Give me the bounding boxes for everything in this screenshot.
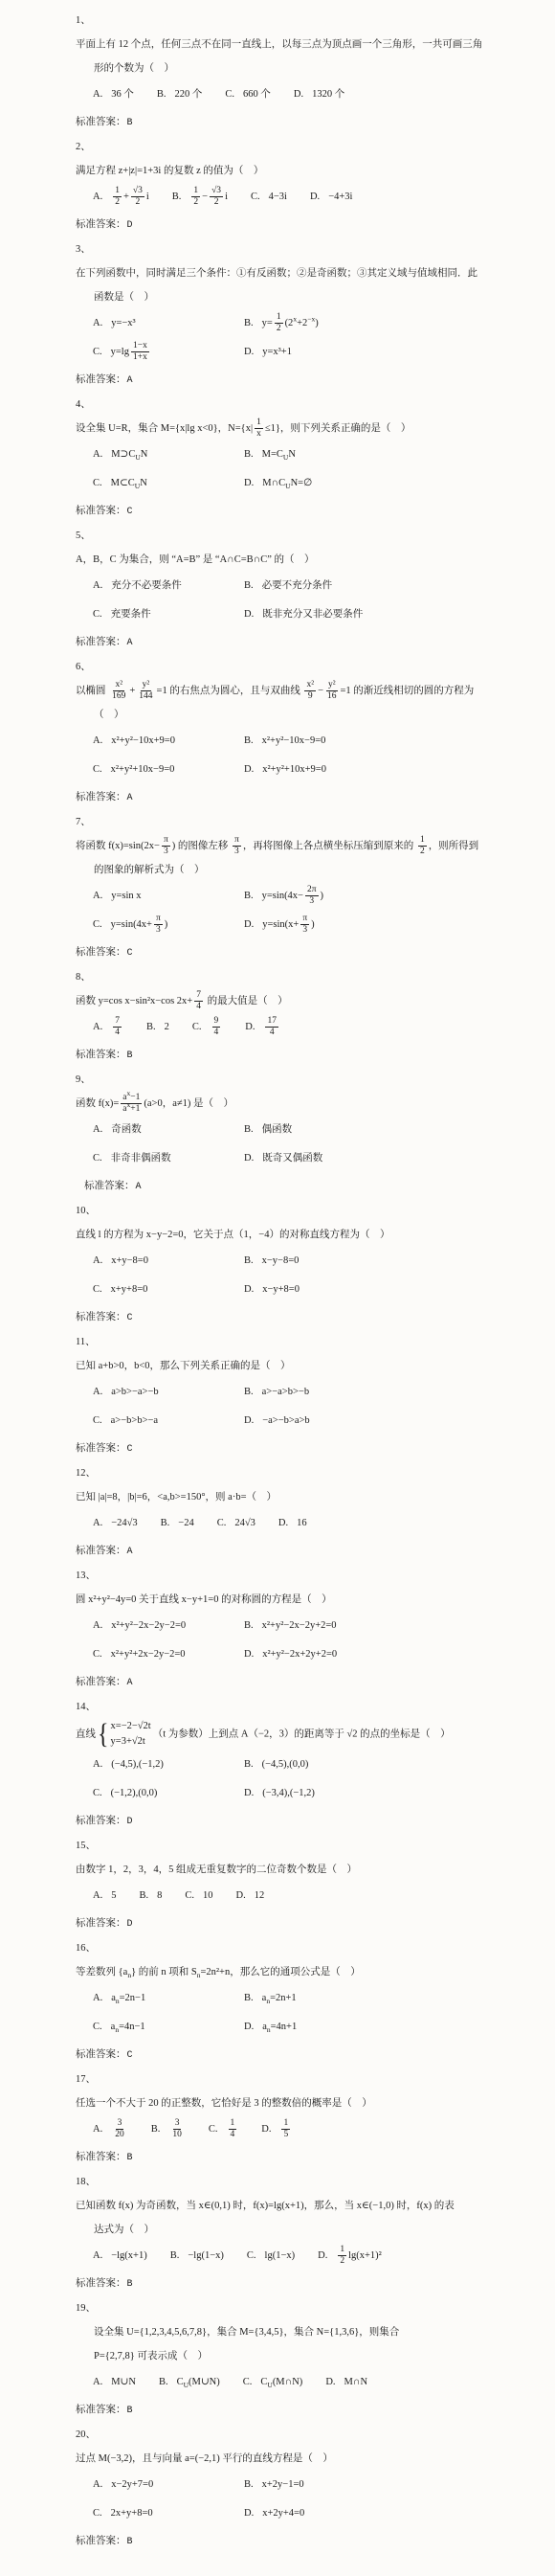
option-label: D.: [236, 1890, 246, 1901]
answer-line: 标准答案：A: [76, 787, 545, 809]
option-item: B.偶函数: [244, 1119, 545, 1141]
option-value: (−4,5),(0,0): [262, 1759, 309, 1770]
fraction: π3: [154, 914, 163, 936]
question-block: 3、在下列函数中，同时满足三个条件：①有反函数；②是奇函数；③其定义域与值域相同…: [76, 240, 545, 392]
option-label: A.: [93, 1387, 102, 1397]
option-item: B.x+2y−1=0: [244, 2474, 545, 2496]
option-label: C.: [93, 764, 102, 775]
option-label: A.: [93, 1890, 102, 1901]
option-label: B.: [244, 1387, 254, 1397]
question-text-line: P={2,7,8} 可表示成（ ）: [76, 2344, 545, 2368]
answer-line: 标准答案：A: [76, 1672, 545, 1694]
question-text-line: 设全集 U={1,2,3,4,5,6,7,8}，集合 M={3,4,5}，集合 …: [76, 2320, 545, 2344]
cases-bracket: {x=−2−√2ty=3+√2t: [98, 1719, 151, 1751]
option-item: D.12lg(x+1)²: [318, 2245, 382, 2267]
question-text-line: 圆 x²+y²−4y=0 关于直线 x−y+1=0 的对称圆的方程是（ ）: [76, 1588, 545, 1612]
options-group: A.36 个B.220 个C.660 个D.1320 个: [76, 83, 545, 105]
option-label: D.: [325, 2377, 335, 2387]
question-text-line: （ ）: [76, 703, 545, 727]
option-label: B.: [244, 2479, 254, 2490]
options-group: A.an=2n−1B.an=2n+1C.an=4n−1D.an=4n+1: [76, 1987, 545, 2038]
option-label: B.: [244, 318, 254, 328]
option-label: A.: [93, 449, 102, 460]
fraction: 1x: [255, 418, 263, 440]
question-text-line: 的图象的解析式为（ ）: [76, 858, 545, 882]
option-value: 220 个: [174, 89, 202, 100]
answer-value: D: [126, 1919, 133, 1930]
option-value: M∪N: [111, 2377, 136, 2387]
question-block: 5、A，B，C 为集合，则 “A=B” 是 “A∩C=B∩C” 的（ ）A.充分…: [76, 527, 545, 654]
option-item: B.−lg(1−x): [170, 2245, 224, 2267]
option-item: A.(−4,5),(−1,2): [93, 1753, 244, 1775]
option-label: C.: [93, 1284, 102, 1295]
option-item: D.174: [245, 1016, 280, 1038]
answer-value: A: [135, 1182, 142, 1192]
question-number: 2、: [76, 138, 545, 157]
question-text-line: 形的个数为（ ）: [76, 56, 545, 80]
option-value: a>b>−a>−b: [111, 1387, 158, 1397]
option-item: B.必要不充分条件: [244, 575, 545, 597]
answer-prefix: 标准答案：: [76, 947, 126, 958]
option-value: M=CUN: [262, 449, 296, 460]
answer-line: 标准答案：A: [76, 1541, 545, 1563]
option-value: x²+y²−2x−2y+2=0: [262, 1620, 337, 1631]
option-item: D.(−3,4),(−1,2): [244, 1782, 545, 1804]
option-item: A.a>b>−a>−b: [93, 1381, 244, 1403]
question-number: 3、: [76, 240, 545, 260]
option-value: 奇函数: [111, 1124, 142, 1135]
answer-prefix: 标准答案：: [76, 2536, 126, 2546]
answer-value: C: [126, 1444, 133, 1455]
fraction: y²16: [325, 680, 339, 702]
option-item: C.x²+y²+2x−2y−2=0: [93, 1643, 244, 1665]
answer-line: 标准答案：B: [76, 2400, 545, 2422]
question-block: 14、直线{x=−2−√2ty=3+√2t（t 为参数）上到点 A（−2，3）的…: [76, 1698, 545, 1833]
option-value: (−1,2),(0,0): [111, 1788, 158, 1798]
option-item: A.x−2y+7=0: [93, 2474, 244, 2496]
option-label: B.: [172, 192, 182, 202]
question-block: 8、函数 y=cos x−sin²x−cos 2x+74 的最大值是（ ）A.7…: [76, 968, 545, 1067]
answer-prefix: 标准答案：: [76, 2405, 126, 2415]
option-item: B.−24: [161, 1512, 194, 1534]
answer-line: 标准答案：B: [76, 2531, 545, 2553]
fraction: ax−1ax+1: [121, 1093, 142, 1115]
option-item: A.−24√3: [93, 1512, 138, 1534]
option-item: C.an=4n−1: [93, 2016, 244, 2038]
question-number: 20、: [76, 2426, 545, 2445]
answer-value: C: [126, 507, 133, 517]
option-item: C.660 个: [225, 83, 271, 105]
question-text: 平面上有 12 个点，任何三点不在同一直线上，以每三点为顶点画一个三角形，一共可…: [76, 33, 545, 80]
option-label: D.: [244, 609, 254, 620]
option-label: D.: [244, 478, 254, 488]
option-item: B.x²+y²−10x−9=0: [244, 730, 545, 752]
option-label: C.: [192, 1022, 202, 1032]
option-item: D.−4+3i: [310, 186, 352, 208]
answer-value: B: [126, 2153, 133, 2163]
option-item: C.24√3: [217, 1512, 255, 1534]
answer-value: D: [126, 1817, 133, 1827]
option-item: D.既奇又偶函数: [244, 1147, 545, 1169]
question-number: 4、: [76, 395, 545, 415]
question-text: 满足方程 z+|z|=1+3i 的复数 z 的值为（ ）: [76, 159, 545, 183]
question-block: 6、以椭圆 x²169+y²144=1 的右焦点为圆心，且与双曲线 x²9−y²…: [76, 658, 545, 809]
answer-prefix: 标准答案：: [84, 1181, 135, 1191]
option-item: B.8: [139, 1885, 162, 1907]
option-item: B.x−y−8=0: [244, 1250, 545, 1272]
answer-prefix: 标准答案：: [76, 2152, 126, 2162]
option-label: A.: [93, 1993, 102, 2003]
option-item: C.M⊂CUN: [93, 472, 244, 494]
option-label: A.: [93, 1620, 102, 1631]
option-item: A.12+√32i: [93, 186, 149, 208]
answer-line: 标准答案：D: [76, 1811, 545, 1833]
answer-prefix: 标准答案：: [76, 506, 126, 516]
answer-value: A: [126, 638, 133, 648]
fraction: π3: [233, 835, 241, 857]
option-item: A.充分不必要条件: [93, 575, 244, 597]
question-text: 直线{x=−2−√2ty=3+√2t（t 为参数）上到点 A（−2，3）的距离等…: [76, 1719, 545, 1751]
option-value: x²+y²+10x−9=0: [111, 764, 175, 775]
options-group: A.320B.310C.14D.15: [76, 2118, 545, 2140]
question-block: 20、过点 M(−3,2)，且与向量 a=(−2,1) 平行的直线方程是（ ）A…: [76, 2426, 545, 2553]
option-item: B.y=12(2x+2−x): [244, 312, 545, 334]
option-label: A.: [93, 1255, 102, 1266]
answer-prefix: 标准答案：: [76, 1677, 126, 1687]
answer-line: 标准答案：B: [76, 2273, 545, 2295]
option-label: D.: [244, 1153, 254, 1164]
option-label: C.: [93, 347, 102, 357]
fraction: √32: [131, 186, 144, 208]
option-item: C.非奇非偶函数: [93, 1147, 244, 1169]
option-item: A.320: [93, 2118, 128, 2140]
fraction: π3: [162, 835, 170, 857]
option-label: C.: [225, 89, 234, 100]
options-group: A.M⊃CUNB.M=CUNC.M⊂CUND.M∩CUN=∅: [76, 443, 545, 494]
options-group: A.奇函数B.偶函数C.非奇非偶函数D.既奇又偶函数: [76, 1119, 545, 1169]
option-value: −a>−b>a>b: [262, 1415, 309, 1426]
option-item: D.y=x³+1: [244, 341, 545, 363]
option-label: D.: [244, 2508, 254, 2519]
fraction: 14: [229, 2118, 237, 2140]
option-label: A.: [93, 2479, 102, 2490]
option-value: −lg(1−x): [188, 2250, 224, 2261]
option-label: C.: [217, 1518, 227, 1528]
fraction: 174: [265, 1016, 278, 1038]
option-item: A.y=−x³: [93, 312, 244, 334]
option-label: C.: [93, 1649, 102, 1660]
fraction: 12: [191, 186, 200, 208]
answer-line: 标准答案：C: [76, 1307, 545, 1329]
answer-prefix: 标准答案：: [76, 1546, 126, 1556]
question-block: 9、函数 f(x)=ax−1ax+1(a>0，a≠1) 是（ ）A.奇函数B.偶…: [76, 1071, 545, 1198]
answer-prefix: 标准答案：: [76, 1312, 126, 1322]
question-number: 19、: [76, 2299, 545, 2318]
option-value: 14: [227, 2124, 239, 2135]
question-number: 6、: [76, 658, 545, 677]
question-block: 10、直线 l 的方程为 x−y−2=0，它关于点（1，−4）的对称直线方程为（…: [76, 1202, 545, 1329]
options-group: A.74B.2C.94D.174: [76, 1016, 545, 1038]
exam-document-page: 1、平面上有 12 个点，任何三点不在同一直线上，以每三点为顶点画一个三角形，一…: [0, 0, 555, 2576]
option-label: D.: [244, 1284, 254, 1295]
option-item: C.a>−b>b>−a: [93, 1410, 244, 1432]
option-label: A.: [93, 89, 102, 100]
option-label: A.: [93, 580, 102, 591]
option-value: 充分不必要条件: [111, 580, 182, 591]
option-label: B.: [170, 2250, 180, 2261]
answer-value: D: [126, 220, 133, 231]
option-item: D.1320 个: [294, 83, 344, 105]
question-text-line: 设全集 U=R，集合 M={x|lg x<0}，N={x|1x≤1}，则下列关系…: [76, 417, 545, 441]
question-text: 等差数列 {an} 的前 n 项和 Sn=2n²+n，那么它的通项公式是（ ）: [76, 1960, 545, 1984]
answer-prefix: 标准答案：: [76, 374, 126, 385]
option-value: 320: [111, 2124, 128, 2135]
question-block: 18、已知函数 f(x) 为奇函数，当 x∈(0,1) 时，f(x)=lg(x+…: [76, 2173, 545, 2295]
option-value: x²+y²−2x+2y+2=0: [262, 1649, 337, 1660]
option-value: 74: [111, 1022, 123, 1032]
option-label: C.: [93, 1153, 102, 1164]
option-label: B.: [151, 2124, 161, 2135]
option-item: A.74: [93, 1016, 123, 1038]
question-text: 函数 y=cos x−sin²x−cos 2x+74 的最大值是（ ）: [76, 989, 545, 1013]
option-item: A.x²+y²−2x−2y−2=0: [93, 1615, 244, 1637]
option-item: B.M=CUN: [244, 443, 545, 465]
option-label: D.: [244, 2022, 254, 2032]
answer-line: 标准答案：B: [76, 1045, 545, 1067]
option-label: A.: [93, 192, 102, 202]
option-label: D.: [244, 1415, 254, 1426]
question-block: 4、设全集 U=R，集合 M={x|lg x<0}，N={x|1x≤1}，则下列…: [76, 395, 545, 523]
option-value: 5: [111, 1890, 116, 1901]
question-block: 19、设全集 U={1,2,3,4,5,6,7,8}，集合 M={3,4,5}，…: [76, 2299, 545, 2422]
answer-line: 标准答案：A: [76, 1176, 545, 1198]
option-value: x²+y²−10x+9=0: [111, 735, 175, 746]
option-value: an=2n−1: [111, 1993, 145, 2003]
option-value: M⊃CUN: [111, 449, 147, 460]
question-number: 16、: [76, 1939, 545, 1958]
option-item: C.y=sin(4x+π3): [93, 914, 244, 936]
option-label: A.: [93, 1022, 102, 1032]
option-label: B.: [161, 1518, 170, 1528]
fraction: 12: [275, 312, 283, 334]
option-value: y=sin(4x−2π3): [262, 891, 323, 901]
question-number: 15、: [76, 1837, 545, 1856]
option-item: C.充要条件: [93, 603, 244, 625]
answer-prefix: 标准答案：: [76, 2278, 126, 2289]
question-text-line: 已知 a+b>0，b<0，那么下列关系正确的是（ ）: [76, 1354, 545, 1378]
option-value: 2: [165, 1022, 169, 1032]
option-item: D.12: [236, 1885, 265, 1907]
options-group: A.x²+y²−10x+9=0B.x²+y²−10x−9=0C.x²+y²+10…: [76, 730, 545, 780]
question-number: 8、: [76, 968, 545, 987]
option-item: B.220 个: [157, 83, 203, 105]
option-item: B.x²+y²−2x−2y+2=0: [244, 1615, 545, 1637]
question-block: 15、由数字 1，2，3，4，5 组成无重复数字的二位奇数个数是（ ）A.5B.…: [76, 1837, 545, 1935]
option-value: 非奇非偶函数: [111, 1153, 171, 1164]
option-item: B.2: [146, 1016, 169, 1038]
option-label: B.: [159, 2377, 168, 2387]
question-text-line: 将函数 f(x)=sin(2x−π3) 的图像左移 π3，再将图像上各点横坐标压…: [76, 834, 545, 858]
question-text-line: 达式为（ ）: [76, 2218, 545, 2242]
question-number: 18、: [76, 2173, 545, 2192]
option-value: 偶函数: [262, 1124, 293, 1135]
option-label: C.: [251, 192, 260, 202]
option-item: C.2x+y+8=0: [93, 2502, 244, 2524]
question-block: 11、已知 a+b>0，b<0，那么下列关系正确的是（ ）A.a>b>−a>−b…: [76, 1333, 545, 1460]
option-item: C.(−1,2),(0,0): [93, 1782, 244, 1804]
question-block: 13、圆 x²+y²−4y=0 关于直线 x−y+1=0 的对称圆的方程是（ ）…: [76, 1567, 545, 1694]
option-item: B.y=sin(4x−2π3): [244, 885, 545, 907]
option-value: 10: [203, 1890, 213, 1901]
question-number: 7、: [76, 813, 545, 832]
answer-prefix: 标准答案：: [76, 1816, 126, 1826]
option-label: C.: [93, 1415, 102, 1426]
option-item: A.M⊃CUN: [93, 443, 244, 465]
option-value: y=12(2x+2−x): [262, 318, 319, 328]
answer-value: C: [126, 2050, 133, 2061]
question-text-line: 直线{x=−2−√2ty=3+√2t（t 为参数）上到点 A（−2，3）的距离等…: [76, 1719, 545, 1751]
option-value: an=4n+1: [262, 2022, 297, 2032]
option-value: x+y−8=0: [111, 1255, 148, 1266]
option-value: 36 个: [111, 89, 134, 100]
option-value: an=4n−1: [111, 2022, 145, 2032]
option-item: B.a>−a>b>−b: [244, 1381, 545, 1403]
fraction: √32: [210, 186, 223, 208]
question-block: 12、已知 |a|=8，|b|=6，<a,b>=150°，则 a·b=（ ）A.…: [76, 1464, 545, 1563]
option-label: A.: [93, 318, 102, 328]
option-item: A.x+y−8=0: [93, 1250, 244, 1272]
option-value: y=sin(x+π3): [262, 919, 314, 930]
option-item: C.14: [209, 2118, 238, 2140]
option-value: (−4,5),(−1,2): [111, 1759, 164, 1770]
options-group: A.y=sin xB.y=sin(4x−2π3)C.y=sin(4x+π3)D.…: [76, 885, 545, 936]
option-value: M⊂CUN: [111, 478, 147, 488]
question-text: 以椭圆 x²169+y²144=1 的右焦点为圆心，且与双曲线 x²9−y²16…: [76, 679, 545, 727]
option-value: −lg(x+1): [111, 2250, 147, 2261]
question-text: 过点 M(−3,2)，且与向量 a=(−2,1) 平行的直线方程是（ ）: [76, 2447, 545, 2471]
option-item: D.−a>−b>a>b: [244, 1410, 545, 1432]
option-value: 12−√32i: [189, 192, 228, 202]
option-item: B.CU(M∪N): [159, 2371, 220, 2393]
options-group: A.充分不必要条件B.必要不充分条件C.充要条件D.既非充分又非必要条件: [76, 575, 545, 625]
question-text-line: 函数是（ ）: [76, 285, 545, 309]
question-list: 1、平面上有 12 个点，任何三点不在同一直线上，以每三点为顶点画一个三角形，一…: [76, 11, 545, 2553]
question-text-line: 满足方程 z+|z|=1+3i 的复数 z 的值为（ ）: [76, 159, 545, 183]
question-number: 1、: [76, 11, 545, 31]
answer-prefix: 标准答案：: [76, 117, 126, 127]
option-value: 24√3: [234, 1518, 255, 1528]
option-label: A.: [93, 735, 102, 746]
option-value: 660 个: [243, 89, 271, 100]
question-number: 12、: [76, 1464, 545, 1483]
fraction: 74: [113, 1016, 122, 1038]
question-text-line: 在下列函数中，同时满足三个条件：①有反函数；②是奇函数；③其定义域与值域相同．此: [76, 261, 545, 285]
answer-line: 标准答案：C: [76, 942, 545, 964]
question-text: 已知 a+b>0，b<0，那么下列关系正确的是（ ）: [76, 1354, 545, 1378]
option-label: A.: [93, 1518, 102, 1528]
options-group: A.x+y−8=0B.x−y−8=0C.x+y+8=0D.x−y+8=0: [76, 1250, 545, 1300]
option-value: −24√3: [111, 1518, 137, 1528]
option-item: B.12−√32i: [172, 186, 228, 208]
option-label: D.: [278, 1518, 288, 1528]
option-value: x+2y+4=0: [262, 2508, 304, 2519]
option-item: D.16: [278, 1512, 307, 1534]
fraction: 2π3: [305, 885, 319, 907]
option-value: a>−a>b>−b: [262, 1387, 309, 1397]
option-label: C.: [93, 2022, 102, 2032]
options-group: A.5B.8C.10D.12: [76, 1885, 545, 1907]
question-text-line: A，B，C 为集合，则 “A=B” 是 “A∩C=B∩C” 的（ ）: [76, 548, 545, 572]
options-group: A.a>b>−a>−bB.a>−a>b>−bC.a>−b>b>−aD.−a>−b…: [76, 1381, 545, 1432]
option-value: 12+√32i: [111, 192, 149, 202]
option-value: y=sin(4x+π3): [111, 919, 168, 930]
question-text-line: 由数字 1，2，3，4，5 组成无重复数字的二位奇数个数是（ ）: [76, 1858, 545, 1882]
option-value: y=x³+1: [262, 347, 292, 357]
option-label: A.: [93, 891, 102, 901]
answer-value: B: [126, 118, 133, 128]
answer-prefix: 标准答案：: [76, 1050, 126, 1060]
answer-value: B: [126, 2537, 133, 2547]
option-value: 8: [157, 1890, 162, 1901]
option-item: A.y=sin x: [93, 885, 244, 907]
option-item: C.y=lg1−x1+x: [93, 341, 244, 363]
answer-line: 标准答案：C: [76, 501, 545, 523]
answer-line: 标准答案：A: [76, 632, 545, 654]
options-group: A.(−4,5),(−1,2)B.(−4,5),(0,0)C.(−1,2),(0…: [76, 1753, 545, 1804]
option-item: A.M∪N: [93, 2371, 136, 2393]
option-value: x−y+8=0: [262, 1284, 300, 1295]
question-text: 将函数 f(x)=sin(2x−π3) 的图像左移 π3，再将图像上各点横坐标压…: [76, 834, 545, 882]
option-value: x−y−8=0: [262, 1255, 300, 1266]
question-text: 直线 l 的方程为 x−y−2=0，它关于点（1，−4）的对称直线方程为（ ）: [76, 1223, 545, 1247]
option-item: D.M∩N: [325, 2371, 367, 2393]
option-value: CU(M∩N): [260, 2377, 302, 2387]
option-label: B.: [244, 1620, 254, 1631]
option-value: x−2y+7=0: [111, 2479, 153, 2490]
option-value: a>−b>b>−a: [111, 1415, 158, 1426]
question-block: 17、任选一个不大于 20 的正整数，它恰好是 3 的整数倍的概率是（ ）A.3…: [76, 2070, 545, 2169]
option-value: (−3,4),(−1,2): [262, 1788, 315, 1798]
option-value: x²+y²−2x−2y−2=0: [111, 1620, 186, 1631]
question-text: 任选一个不大于 20 的正整数，它恰好是 3 的整数倍的概率是（ ）: [76, 2091, 545, 2115]
question-text-line: 以椭圆 x²169+y²144=1 的右焦点为圆心，且与双曲线 x²9−y²16…: [76, 679, 545, 703]
option-value: M∩N: [344, 2377, 368, 2387]
option-label: B.: [244, 580, 254, 591]
left-brace: {: [98, 1720, 109, 1749]
option-label: C.: [93, 609, 102, 620]
answer-prefix: 标准答案：: [76, 219, 126, 230]
option-label: A.: [93, 2250, 102, 2261]
fraction: π3: [300, 914, 309, 936]
option-label: C.: [93, 1788, 102, 1798]
question-number: 11、: [76, 1333, 545, 1352]
option-label: C.: [185, 1890, 194, 1901]
option-label: B.: [244, 1255, 254, 1266]
question-text: 在下列函数中，同时满足三个条件：①有反函数；②是奇函数；③其定义域与值域相同．此…: [76, 261, 545, 309]
answer-value: A: [126, 1547, 133, 1557]
fraction: x²169: [110, 680, 127, 702]
answer-value: A: [126, 1678, 133, 1688]
question-text: 圆 x²+y²−4y=0 关于直线 x−y+1=0 的对称圆的方程是（ ）: [76, 1588, 545, 1612]
option-value: 94: [211, 1022, 223, 1032]
option-label: A.: [93, 2377, 102, 2387]
option-item: C.x²+y²+10x−9=0: [93, 758, 244, 780]
fraction: 12: [338, 2245, 346, 2267]
options-group: A.12+√32iB.12−√32iC.4−3iD.−4+3i: [76, 186, 545, 208]
option-label: D.: [318, 2250, 327, 2261]
option-value: 充要条件: [111, 609, 151, 620]
option-label: D.: [244, 347, 254, 357]
